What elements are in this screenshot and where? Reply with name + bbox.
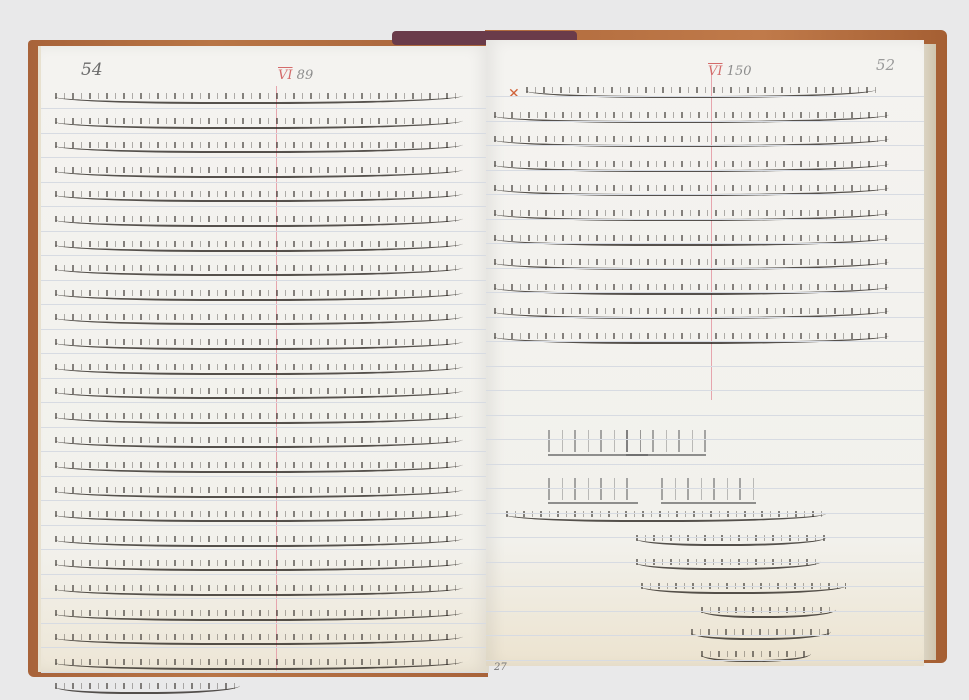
handwritten-line xyxy=(55,166,463,178)
ruled-line xyxy=(486,562,924,563)
ruled-line xyxy=(486,194,924,195)
ruled-line xyxy=(41,574,489,575)
ruled-line xyxy=(41,206,489,207)
handwritten-line xyxy=(55,215,463,227)
bottom-page-number: 27 xyxy=(494,662,507,673)
handwritten-line xyxy=(55,289,463,301)
ruled-line xyxy=(41,500,489,501)
handwritten-note-line xyxy=(636,558,821,570)
pencil-annotation xyxy=(548,476,638,504)
handwritten-line xyxy=(55,658,463,670)
handwritten-line xyxy=(55,117,463,129)
ruled-line xyxy=(41,304,489,305)
handwritten-line xyxy=(55,609,463,621)
ruled-line xyxy=(486,390,924,391)
ruled-line xyxy=(486,488,924,489)
ruled-line xyxy=(41,353,489,354)
handwritten-line xyxy=(55,633,463,645)
ruled-line xyxy=(41,402,489,403)
folio-number: 150 xyxy=(727,64,752,79)
ruled-line xyxy=(41,451,489,452)
ruled-line xyxy=(41,157,489,158)
ruled-line xyxy=(486,243,924,244)
handwritten-note-line xyxy=(641,582,846,594)
folio-roman: VI xyxy=(708,64,723,79)
ruled-line xyxy=(41,525,489,526)
folio-roman: VI xyxy=(278,68,293,83)
handwritten-line xyxy=(55,141,463,153)
handwritten-line xyxy=(55,461,463,473)
right-page: 52 VI 150 ✕ 27 xyxy=(486,40,924,666)
ruled-line xyxy=(41,329,489,330)
handwritten-line xyxy=(55,387,463,399)
handwritten-line xyxy=(494,307,889,319)
handwritten-line xyxy=(55,584,463,596)
ruled-line xyxy=(41,108,489,109)
folio-mark-left: VI 89 xyxy=(278,68,313,83)
ruled-line xyxy=(41,133,489,134)
ruled-line xyxy=(41,549,489,550)
handwritten-line xyxy=(55,412,463,424)
red-asterisk-mark: ✕ xyxy=(508,86,520,102)
ruled-line xyxy=(486,121,924,122)
handwritten-line xyxy=(55,510,463,522)
ruled-line xyxy=(41,672,489,673)
ruled-line xyxy=(41,280,489,281)
pencil-annotation xyxy=(626,428,706,456)
handwritten-line xyxy=(55,264,463,276)
ruled-line xyxy=(41,255,489,256)
ruled-line xyxy=(486,537,924,538)
handwritten-line xyxy=(55,313,463,325)
ruled-line xyxy=(486,464,924,465)
ruled-line xyxy=(486,415,924,416)
page-stack-edge xyxy=(922,44,936,660)
page-number-left: 54 xyxy=(81,60,103,80)
handwritten-line xyxy=(55,559,463,571)
folio-number: 89 xyxy=(297,68,314,83)
ruled-line xyxy=(41,647,489,648)
handwritten-line xyxy=(55,190,463,202)
ruled-line xyxy=(486,170,924,171)
handwritten-line xyxy=(55,338,463,350)
ruled-line xyxy=(486,513,924,514)
ruled-line xyxy=(486,145,924,146)
ruled-line xyxy=(486,660,924,661)
ruled-line xyxy=(41,231,489,232)
page-number-right: 52 xyxy=(876,56,895,74)
ruled-line xyxy=(41,427,489,428)
ruled-line xyxy=(41,378,489,379)
handwritten-note-line xyxy=(691,628,831,640)
ruled-line xyxy=(41,476,489,477)
ruled-line xyxy=(41,623,489,624)
ruled-line xyxy=(486,341,924,342)
ruled-line xyxy=(486,317,924,318)
ruled-line xyxy=(41,182,489,183)
handwritten-line xyxy=(494,332,889,344)
pencil-annotation xyxy=(661,476,756,504)
ruled-line xyxy=(486,219,924,220)
left-page: 54 VI 89 xyxy=(38,46,489,672)
ruled-line xyxy=(486,611,924,612)
ruled-line xyxy=(486,586,924,587)
handwritten-line xyxy=(55,92,463,104)
handwritten-note-line xyxy=(636,534,826,546)
handwritten-line xyxy=(55,486,463,498)
ruled-line xyxy=(486,366,924,367)
ruled-line xyxy=(486,439,924,440)
handwritten-line xyxy=(55,535,463,547)
ruled-line xyxy=(486,96,924,97)
folio-mark-right: VI 150 xyxy=(708,64,752,79)
handwritten-line xyxy=(55,363,463,375)
ruled-line xyxy=(486,635,924,636)
handwritten-note-line xyxy=(701,606,836,618)
ruled-line xyxy=(41,598,489,599)
ruled-line xyxy=(486,268,924,269)
handwritten-line xyxy=(55,682,240,694)
ruled-line xyxy=(486,292,924,293)
handwritten-line xyxy=(55,240,463,252)
handwritten-line xyxy=(55,436,463,448)
